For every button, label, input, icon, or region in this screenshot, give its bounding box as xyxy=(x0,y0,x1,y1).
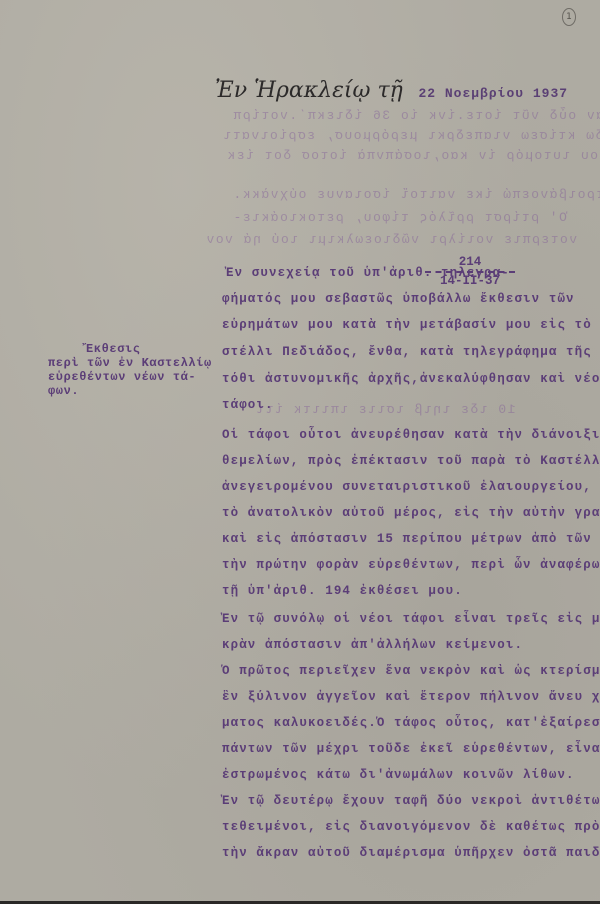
margin-note: Ἔκθεσις περὶ τῶν ἐν Καστελλίῳ εὑρεθέντων… xyxy=(48,342,218,398)
document-page: 1 νώμκαν οὖδ νῦτ ίοτε.ίνκ ίο 36 ίδιεκπ΄.… xyxy=(0,0,600,904)
bleed-through-line: Ὀ' ρτίρστ ρρῖλός τίφου, ρετοκιοάκιε- xyxy=(232,210,567,225)
body-line: τὴν πρώτην φορὰν εὑρεθέντων, περὶ ὧν ἀνα… xyxy=(222,558,600,572)
typed-date: 22 Νοεμβρίου 1937 xyxy=(418,86,568,101)
handwritten-place: Ἐν Ἡρακλείῳ τῇ xyxy=(215,78,403,103)
body-line: στέλλι Πεδιάδος, ἔνθα, κατὰ τηλεγράφημα … xyxy=(222,345,600,359)
body-line: Οἱ τάφοι οὗτοι ἀνευρέθησαν κατὰ τὴν διάν… xyxy=(222,428,600,442)
bleed-through-line: ίεκ ίου ιυτομόρ ίν καο,ιοσάπνπὰ ίοτοσ δο… xyxy=(226,148,600,163)
dateline: Ἐν Ἡρακλείῳ τῇ 22 Νοεμβρίου 1937 xyxy=(215,78,568,103)
body-line: τάφοι. xyxy=(222,398,274,412)
body-line: τόθι ἀστυνομικῆς ἀρχῆς,ἀνεκαλύφθησαν καὶ… xyxy=(222,372,600,386)
body-line: κρὰν ἀπόστασιν ἀπ'ἀλλήλων κείμενοι. xyxy=(222,638,523,652)
body-line: Ἐν συνεχείᾳ τοῦ ὑπ'ἀριθ. τηλεγρα- xyxy=(226,266,510,280)
body-line: ματος καλυκοειδές.Ὁ τάφος οὗτος, κατ'ἐξα… xyxy=(222,716,600,730)
page-number: 1 xyxy=(562,8,576,26)
body-line: ἓν ξύλινον ἀγγεῖον καὶ ἕτερον πήλινον ἄν… xyxy=(222,690,600,704)
margin-note-line: φων. xyxy=(48,384,218,398)
body-line: πάντων τῶν μέχρι τοῦδε ἐκεῖ εὑρεθέντων, … xyxy=(222,742,600,756)
body-line: εὑρημάτων μου κατὰ τὴν μετάβασίν μου εἰς… xyxy=(222,318,600,332)
bleed-through-line: 10 ιδε ιηιβ ισιιε ιπιιτκ ίιι xyxy=(255,402,515,417)
bleed-through-line: νοτερπιε νοιίλρι νῶδιοεωλκιμι ιού ηά νον xyxy=(205,232,577,247)
bleed-through-line: εἰς ἀκριδω κτίσεω νιαπεδρκι μερόρμουσ, ε… xyxy=(222,128,600,143)
bleed-through-line: νώμκαν οτροιβάνοεπώ ίκε ναιτοἵ ίσοιανυε … xyxy=(232,187,600,202)
body-line: φήματός μου σεβαστῶς ὑποβάλλω ἔκθεσιν τῶ… xyxy=(222,292,575,306)
body-line: τῇ ὑπ'ἀριθ. 194 ἐκθέσει μου. xyxy=(222,584,463,598)
body-line: Ἐν τῷ συνόλῳ οἱ νέοι τάφοι εἶναι τρεῖς ε… xyxy=(222,612,600,626)
body-line: Ὁ πρῶτος περιεῖχεν ἕνα νεκρὸν καὶ ὡς κτε… xyxy=(222,664,600,678)
body-line: τὴν ἄκραν αὐτοῦ διαμέρισμα ὑπῆρχεν ὀστᾶ … xyxy=(222,846,600,860)
body-line: τεθειμένοι, εἰς διανοιγόμενον δὲ καθέτως… xyxy=(222,820,600,834)
margin-note-line: εὑρεθέντων νέων τά- xyxy=(48,370,218,384)
body-line: θεμελίων, πρὸς ἐπέκτασιν τοῦ παρὰ τὸ Κασ… xyxy=(222,454,600,468)
body-line: τὸ ἀνατολικὸν αὐτοῦ μέρος, εἰς τὴν αὐτὴν… xyxy=(222,506,600,520)
bleed-through-line: νώμκαν οὖδ νῦτ ίοτε.ίνκ ίο 36 ίδιεκπ΄.νο… xyxy=(232,108,600,123)
body-line: ἐστρωμένος κάτω δι'ἀνωμάλων κοινῶν λίθων… xyxy=(222,768,575,782)
body-line: καὶ εἰς ἀπόστασιν 15 περίπου μέτρων ἀπὸ … xyxy=(222,532,600,546)
body-line: Ἐν τῷ δευτέρῳ ἔχουν ταφῆ δύο νεκροὶ ἀντι… xyxy=(222,794,600,808)
margin-note-line: περὶ τῶν ἐν Καστελλίῳ xyxy=(48,356,218,370)
body-line: ἀνεγειρομένου συνεταιριστικοῦ ἐλαιουργεί… xyxy=(222,480,600,494)
margin-note-title: Ἔκθεσις xyxy=(48,342,218,356)
